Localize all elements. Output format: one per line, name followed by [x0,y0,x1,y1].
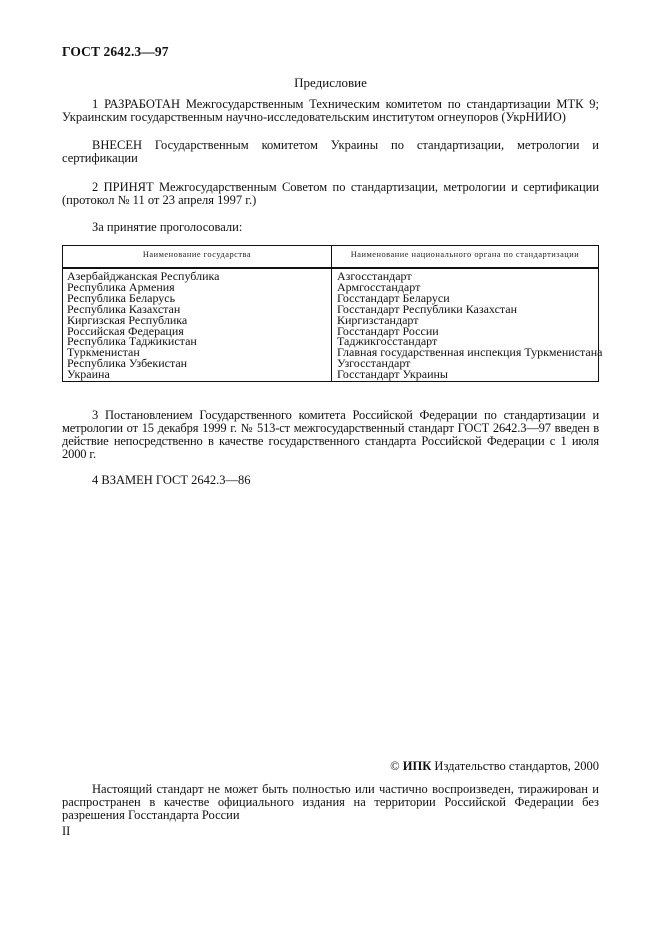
copyright-line: © ИПК Издательство стандартов, 2000 [390,759,599,774]
item-lead: РАЗРАБОТАН [104,97,180,111]
copyright-text: Издательство стандартов, 2000 [434,759,599,773]
item-text: ВЗАМЕН ГОСТ 2642.3—86 [101,473,250,487]
copyright-publisher: ИПК [403,759,432,773]
document-page: ГОСТ 2642.3—97 Предисловие 1 РАЗРАБОТАН … [0,0,661,936]
section-heading: Предисловие [0,75,661,91]
notice-text: Настоящий стандарт не может быть полност… [62,782,599,822]
voting-table: Наименование государства Наименование на… [62,245,599,382]
item-number: 4 [92,473,98,487]
table-header-state: Наименование государства [63,250,331,259]
national-bodies-column: АзгосстандартАрмгосстандартГосстандарт Б… [337,271,602,380]
document-code: ГОСТ 2642.3—97 [62,44,169,60]
item-text: Постановлением Государственного комитета… [62,408,599,461]
item-number: 1 [92,97,98,111]
table-cell-state: Украина [67,369,219,380]
item-text: Государственным комитетом Украины по ста… [62,138,599,165]
table-cell-national-body: Госстандарт Украины [337,369,602,380]
item-number: 2 [92,180,98,194]
item-developed: 1 РАЗРАБОТАН Межгосударственным Техничес… [62,98,599,124]
item-enacted: 3 Постановлением Государственного комите… [62,409,599,461]
reproduction-notice: Настоящий стандарт не может быть полност… [62,783,599,822]
copyright-icon: © [390,759,400,773]
item-replaces: 4 ВЗАМЕН ГОСТ 2642.3—86 [62,474,599,487]
states-column: Азербайджанская РеспубликаРеспублика Арм… [67,271,219,380]
voted-label-text: За принятие проголосовали: [92,220,242,234]
item-introduced: ВНЕСЕН Государственным комитетом Украины… [62,139,599,165]
table-header-national-body: Наименование национального органа по ста… [332,250,598,259]
item-adopted: 2 ПРИНЯТ Межгосударственным Советом по с… [62,181,599,207]
item-number: 3 [92,408,98,422]
voted-label: За принятие проголосовали: [62,221,599,234]
item-lead: ВНЕСЕН [92,138,142,152]
page-number: II [62,824,70,839]
item-lead: ПРИНЯТ [104,180,154,194]
